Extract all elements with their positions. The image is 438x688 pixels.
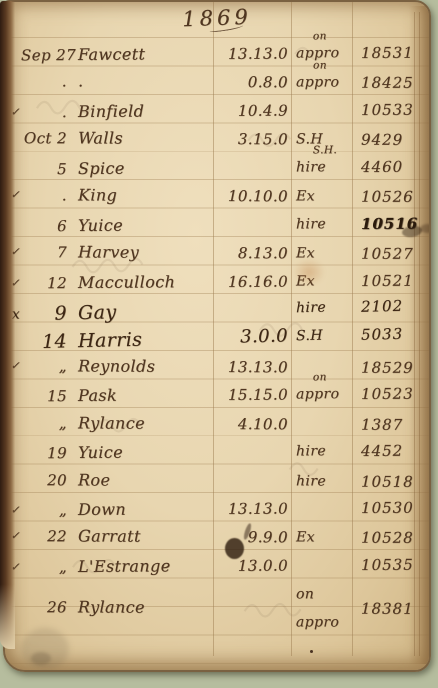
note-main-text: S.H	[296, 328, 323, 345]
smudge	[31, 652, 51, 665]
number-cell: 10516	[352, 209, 429, 238]
note-main-text: hire	[296, 473, 326, 489]
note-main-text: Ex	[296, 273, 315, 289]
date-cell: 20	[21, 466, 67, 495]
name-cell: L'Estrange	[67, 552, 213, 581]
amount-cell: 3.15.0	[213, 125, 291, 154]
number-cell: 5033	[352, 320, 430, 350]
note-cell: hire	[291, 467, 352, 496]
ledger-row: ✓ „ Down 13.13.0 10530	[5, 494, 429, 525]
amount-cell: 3.0.0	[213, 323, 292, 353]
note-main-text: appro	[296, 386, 340, 402]
note-main-text: on appro	[296, 587, 339, 632]
ink-dot	[310, 650, 313, 653]
ledger-row: ✓ . King 10.10.0 Ex 10526	[5, 181, 429, 211]
name-cell: Rylance	[67, 594, 213, 623]
number-cell: 10528	[352, 524, 429, 553]
note-main-text: appro	[296, 75, 339, 91]
date-cell: .	[21, 68, 67, 97]
amount-cell	[213, 452, 291, 453]
number-cell: 18425	[352, 69, 429, 98]
ledger-row: ✓ „ L'Estrange 13.0.0 10535	[5, 550, 429, 581]
ledger-row: ✓ 22 Garratt 9.9.0 Ex 10528	[5, 523, 429, 553]
number-cell: 2102	[352, 291, 430, 321]
number-cell: 10523	[352, 380, 429, 409]
number-cell: 9429	[352, 126, 429, 155]
date-cell: „	[21, 409, 67, 438]
name-cell: King	[67, 182, 213, 211]
name-cell: Fawcett	[67, 40, 213, 69]
note-cell: S.H	[291, 321, 353, 351]
note-main-text: hire	[296, 299, 326, 316]
date-cell: „	[21, 352, 67, 381]
amount-cell: 15.15.0	[213, 381, 291, 410]
note-main-text: Ex	[296, 245, 315, 261]
ledger-row: 6 Yuice hire 10516	[5, 209, 429, 240]
ledger-row: „ Rylance 4.10.0 1387	[5, 409, 429, 439]
amount-cell: 16.16.0	[213, 267, 291, 296]
number-cell: 10530	[352, 494, 429, 523]
number-cell: 10535	[352, 550, 429, 579]
amount-cell: 13.13.0	[213, 353, 291, 382]
amount-cell	[213, 167, 291, 168]
number-cell: 18381	[352, 595, 429, 624]
date-cell: 15	[21, 382, 67, 411]
smudge	[21, 628, 69, 670]
note-main-text: Ex	[296, 530, 315, 546]
amount-cell: 10.4.9	[213, 96, 291, 125]
note-cell: Ex	[291, 239, 352, 268]
number-cell: 1387	[352, 410, 429, 439]
name-cell: Walls	[67, 125, 213, 154]
amount-cell: 4.10.0	[213, 410, 291, 439]
number-cell: 10518	[352, 467, 429, 496]
ledger-row: 20 Roe hire 10518	[5, 466, 429, 496]
date-cell: .	[21, 181, 67, 210]
ledger-row: 15 Pask 15.15.0 on appro 10523	[5, 380, 429, 411]
note-cell: on appro	[291, 69, 352, 98]
ledger-row: 5 Spice S.H. hire 4460	[5, 152, 429, 183]
note-top-text: S.H.	[313, 145, 337, 155]
ledger-rows: Sep 27 Fawcett 13.13.0 on appro 18531 . …	[5, 40, 429, 609]
ledger-row: ✓ „ Reynolds 13.13.0 18529	[5, 352, 429, 382]
name-cell: Yuice	[67, 438, 213, 467]
ledger-row: ✓ 7 Harvey 8.13.0 Ex 10527	[5, 238, 429, 268]
date-cell: 12	[21, 269, 67, 298]
amount-cell: 9.9.0	[213, 523, 291, 552]
note-main-text: hire	[296, 443, 326, 459]
amount-cell	[213, 224, 291, 225]
ledger-row: ✓ . Binfield 10.4.9 10533	[5, 95, 429, 126]
note-cell: hire	[291, 293, 353, 323]
date-cell: Oct 2	[21, 124, 67, 153]
name-cell: Gay	[67, 296, 214, 328]
name-cell: Reynolds	[67, 352, 213, 381]
ledger-page: 1869 Sep 27 Fawcett 13.13.0 on appro 185…	[3, 0, 431, 672]
ledger-row: 19 Yuice hire 4452	[5, 437, 429, 468]
number-cell: 18531	[352, 39, 429, 68]
note-cell: hire	[291, 437, 352, 466]
date-cell: 5	[21, 155, 67, 184]
note-main-text: Ex	[296, 189, 315, 205]
book-spine	[0, 1, 15, 649]
note-cell: Ex	[291, 267, 352, 296]
note-cell: on appro	[291, 380, 352, 409]
name-cell: Down	[67, 495, 213, 524]
date-cell: 22	[21, 523, 67, 552]
ledger-row: . . 0.8.0 on appro 18425	[5, 68, 429, 98]
amount-cell: 0.8.0	[213, 68, 291, 97]
note-main-text: hire	[296, 216, 326, 232]
amount-cell: 8.13.0	[213, 239, 291, 268]
amount-cell: 13.13.0	[213, 39, 291, 68]
date-cell: 9	[21, 299, 68, 328]
name-cell: Roe	[67, 466, 213, 495]
ledger-row: Oct 2 Walls 3.15.0 S.H 9429	[5, 124, 429, 154]
note-cell: hire	[291, 210, 352, 239]
number-cell: 4452	[352, 437, 429, 466]
note-top-text: on	[313, 61, 327, 71]
name-cell: Yuice	[67, 211, 213, 240]
date-cell: 7	[21, 238, 67, 267]
name-cell: Garratt	[67, 523, 213, 552]
name-cell: Pask	[67, 381, 213, 410]
year-title: 1869	[151, 4, 284, 33]
name-cell: Spice	[67, 154, 213, 183]
note-top-text: on	[313, 372, 327, 382]
number-cell: 10533	[352, 95, 429, 124]
number-cell: 4460	[352, 152, 429, 181]
number-cell: 18529	[352, 353, 429, 382]
ledger-row: Sep 27 Fawcett 13.13.0 on appro 18531	[5, 39, 429, 70]
ledger-row: 26 Rylance on appro 18381	[5, 579, 429, 609]
note-main-text: hire	[296, 159, 326, 175]
date-cell: „	[21, 553, 67, 582]
note-cell: Ex	[291, 183, 352, 212]
date-cell: 19	[21, 439, 67, 468]
ledger-photo: 1869 Sep 27 Fawcett 13.13.0 on appro 185…	[0, 0, 438, 688]
name-cell: Binfield	[67, 97, 213, 126]
note-cell: on appro	[291, 581, 352, 638]
amount-cell	[213, 308, 291, 310]
name-cell: Rylance	[67, 409, 213, 438]
date-cell: Sep 27	[21, 41, 67, 70]
name-cell: .	[67, 68, 213, 97]
date-cell: 26	[21, 594, 67, 623]
amount-cell: 10.10.0	[213, 182, 291, 211]
name-cell: Macculloch	[67, 268, 213, 297]
note-cell: S.H. hire	[291, 153, 352, 182]
note-cell: Ex	[291, 524, 352, 553]
amount-cell: 13.13.0	[213, 494, 291, 523]
number-cell: 10527	[352, 240, 429, 269]
name-cell: Harvey	[67, 238, 213, 267]
number-cell: 10526	[352, 183, 429, 212]
note-top-text: on	[313, 31, 327, 41]
date-cell: .	[21, 98, 67, 127]
amount-cell: 13.0.0	[213, 551, 291, 580]
date-cell: „	[21, 496, 67, 525]
date-cell: 6	[21, 212, 67, 241]
